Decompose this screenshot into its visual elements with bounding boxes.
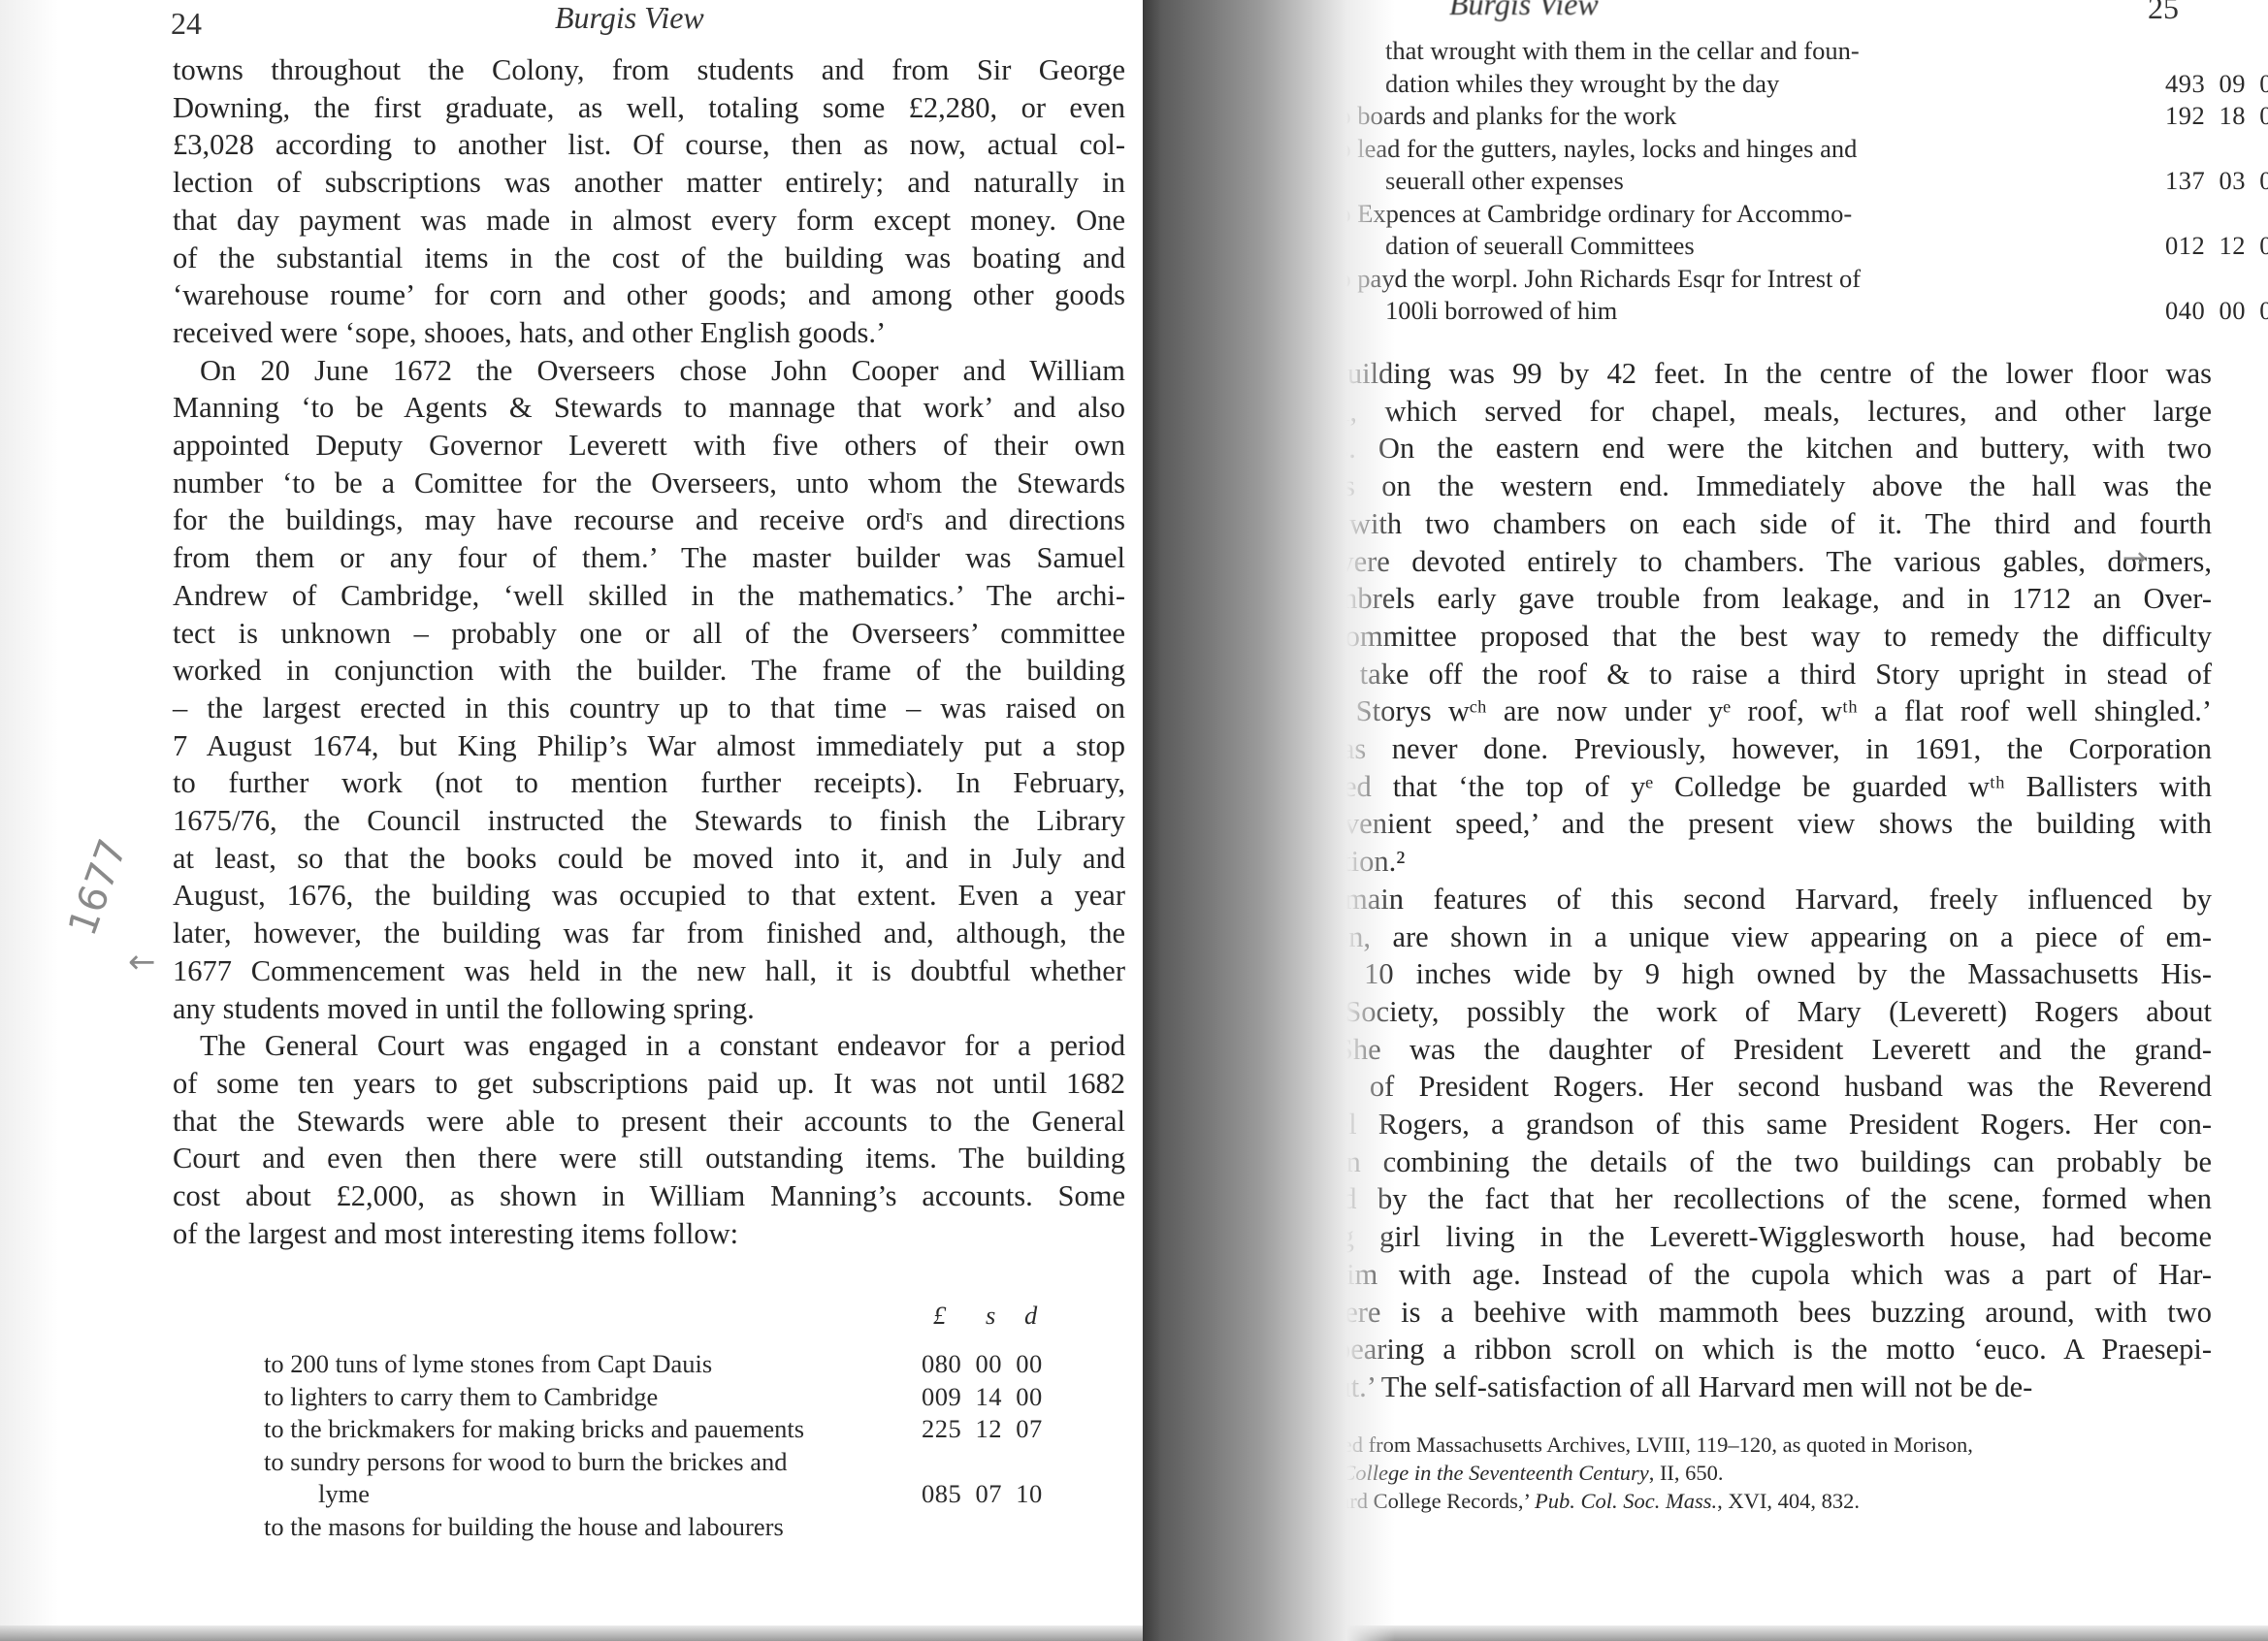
footnote: 2‘Harvard College Records,’ Pub. Col. So… xyxy=(1261,1487,2231,1515)
pencil-margin-note: 1677 xyxy=(60,833,136,941)
left-body-text: towns throughout the Colony, from studen… xyxy=(173,51,1125,1253)
text-line: 7 August 1674, but King Philip’s War alm… xyxy=(173,727,1125,765)
right-body-text: The building was 99 by 42 feet. In the c… xyxy=(1242,355,2212,1406)
text-line: tect is unknown – probably one or all of… xyxy=(173,615,1125,653)
text-line: The main features of this second Harvard… xyxy=(1242,881,2212,918)
account-amount: 225 12 07 xyxy=(922,1413,1043,1446)
page-number-right: 25 xyxy=(2148,0,2179,26)
text-line: to further work (not to mention further … xyxy=(173,764,1125,802)
account-description: to sundry persons for wood to burn the b… xyxy=(264,1447,787,1476)
account-description-continued: seuerall other expenses xyxy=(1331,165,1857,198)
text-line: Stoughton, are shown in a unique view ap… xyxy=(1242,918,2212,956)
text-line: any students moved in until the followin… xyxy=(173,990,1125,1028)
account-row: to Expences at Cambridge ordinary for Ac… xyxy=(1331,198,2268,263)
paragraph: The General Court was engaged in a const… xyxy=(173,1027,1125,1252)
text-line: number ‘to be a Comittee for the Oversee… xyxy=(173,465,1125,502)
text-line: at least, so that the books could be mov… xyxy=(173,840,1125,878)
text-line: later, however, the building was far fro… xyxy=(173,915,1125,952)
pencil-arrow-icon: ← xyxy=(128,943,156,981)
text-line: floors were devoted entirely to chambers… xyxy=(1242,543,2212,581)
account-amount: 192 18 00 xyxy=(2165,100,2268,133)
account-description-continued: dation of seuerall Committees xyxy=(1331,230,1852,263)
text-line: lection of subscriptions was another mat… xyxy=(173,164,1125,202)
account-description: to payd the worpl. John Richards Esqr fo… xyxy=(1331,263,1861,296)
account-amount: 085 07 10 xyxy=(922,1478,1043,1511)
text-line: cost about £2,000, as shown in William M… xyxy=(173,1177,1125,1215)
account-description: to 200 tuns of lyme stones from Capt Dau… xyxy=(264,1349,712,1378)
text-line: of the largest and most interesting item… xyxy=(173,1215,1125,1253)
text-line: Downing, the first graduate, as well, to… xyxy=(173,89,1125,127)
text-line: Andrew of Cambridge, ‘well skilled in th… xyxy=(173,577,1125,615)
text-line: broidery 10 inches wide by 9 high owned … xyxy=(1242,955,2212,993)
account-description-continued: 100li borrowed of him xyxy=(1331,295,1861,328)
footnote-citation: , II, 650. xyxy=(1649,1461,1724,1485)
running-head-right: Burgis View xyxy=(1449,0,1599,22)
text-line: £3,028 according to another list. Of cou… xyxy=(173,126,1125,164)
text-line: that the Stewards were able to present t… xyxy=(173,1103,1125,1141)
footnote-mark: 2 xyxy=(1282,1489,1289,1503)
text-line: Court and even then there were still out… xyxy=(173,1140,1125,1177)
account-description-continued: dation whiles they wrought by the day xyxy=(1331,68,1860,101)
text-line: Nathaniel Rogers, a grandson of this sam… xyxy=(1242,1106,2212,1143)
account-row: to lighters to carry them to Cambridge00… xyxy=(264,1381,1059,1414)
text-line: seers’ committee proposed that the best … xyxy=(1242,618,2212,656)
text-line: This was never done. Previously, however… xyxy=(1242,730,2212,768)
account-description: to boards and planks for the work xyxy=(1331,100,1676,133)
footnote: 1Selected from Massachusetts Archives, L… xyxy=(1261,1431,2231,1487)
paragraph: towns throughout the Colony, from studen… xyxy=(173,51,1125,352)
footnote-title: Pub. Col. Soc. Mass. xyxy=(1535,1489,1717,1513)
text-line: vard, there is a beehive with mammoth be… xyxy=(1242,1294,2212,1332)
account-row: to boards and planks for the work192 18 … xyxy=(1331,100,2268,133)
text-line: that day payment was made in almost ever… xyxy=(173,202,1125,240)
text-line: rather dim with age. Instead of the cupo… xyxy=(1242,1256,2212,1294)
text-line: and gambrels early gave trouble from lea… xyxy=(1242,580,2212,618)
text-line: ‘warehouse roume’ for corn and other goo… xyxy=(173,276,1125,314)
left-accounts-table: £sdto 200 tuns of lyme stones from Capt … xyxy=(264,1300,1059,1543)
text-line: of some ten years to get subscriptions p… xyxy=(173,1065,1125,1103)
text-line: – the largest erected in this country up… xyxy=(173,690,1125,727)
text-line: the hall, which served for chapel, meals… xyxy=(1242,393,2212,431)
account-description: to the brickmakers for making bricks and… xyxy=(264,1414,804,1443)
paragraph: The building was 99 by 42 feet. In the c… xyxy=(1242,355,2212,881)
text-line: 1677 Commencement was held in the new ha… xyxy=(173,952,1125,990)
text-line: explained by the fact that her recollect… xyxy=(1242,1180,2212,1218)
running-head-left: Burgis View xyxy=(555,0,704,36)
account-row: to 200 tuns of lyme stones from Capt Dau… xyxy=(264,1348,1059,1381)
accounts-header: £sd xyxy=(264,1300,1059,1348)
text-line: this addition.² xyxy=(1242,843,2212,881)
text-line: appointed Deputy Governor Leverett with … xyxy=(173,427,1125,465)
text-line: August, 1676, the building was occupied … xyxy=(173,877,1125,915)
text-line: 1675/76, the Council instructed the Stew… xyxy=(173,802,1125,840)
text-line: The General Court was engaged in a const… xyxy=(173,1027,1125,1065)
text-line: meetings. On the eastern end were the ki… xyxy=(1242,430,2212,467)
account-amount: 012 12 00 xyxy=(2165,230,2268,263)
text-line: a young girl living in the Leverett-Wigg… xyxy=(1242,1218,2212,1256)
page-edge-shadow xyxy=(0,0,58,1641)
account-row: that wrought with them in the cellar and… xyxy=(1331,35,2268,100)
account-amount: 493 09 01 xyxy=(2165,68,2268,101)
footnote-text: ‘Harvard College Records,’ xyxy=(1289,1489,1535,1513)
column-header: d xyxy=(1024,1300,1037,1333)
text-line: The building was 99 by 42 feet. In the c… xyxy=(1242,355,2212,393)
text-line: angels bearing a ribbon scroll on which … xyxy=(1242,1331,2212,1368)
left-page: 24 Burgis View towns throughout the Colo… xyxy=(0,0,1145,1641)
account-description: to lighters to carry them to Cambridge xyxy=(264,1382,658,1411)
account-amount: 009 14 00 xyxy=(922,1381,1043,1414)
right-accounts-table: that wrought with them in the cellar and… xyxy=(1331,35,2268,328)
footnote-text: Selected from Massachusetts Archives, LV… xyxy=(1289,1432,1973,1457)
text-line: received were ‘sope, shooes, hats, and o… xyxy=(173,314,1125,352)
paragraph: The main features of this second Harvard… xyxy=(1242,881,2212,1406)
account-description-continued: lyme xyxy=(264,1478,787,1511)
account-row: to the masons for building the house and… xyxy=(264,1511,1059,1544)
footnote-citation: , XVI, 404, 832. xyxy=(1717,1489,1860,1513)
text-line: Manning ‘to be Agents & Stewards to mann… xyxy=(173,389,1125,427)
pencil-arrow-icon: → xyxy=(2122,541,2147,575)
text-line: torical Society, possibly the work of Ma… xyxy=(1242,993,2212,1031)
column-header: £ xyxy=(933,1300,946,1333)
column-header: s xyxy=(986,1300,995,1333)
footnotes: 1Selected from Massachusetts Archives, L… xyxy=(1261,1431,2231,1515)
paragraph: On 20 June 1672 the Overseers chose John… xyxy=(173,352,1125,1028)
text-line: towns throughout the Colony, from studen… xyxy=(173,51,1125,89)
text-line: fusion in combining the details of the t… xyxy=(1242,1143,2212,1181)
text-line: library, with two chambers on each side … xyxy=(1242,505,2212,543)
text-line: On 20 June 1672 the Overseers chose John… xyxy=(173,352,1125,390)
account-amount: 080 00 00 xyxy=(922,1348,1043,1381)
footnote-title: Harvard College in the Seventeenth Centu… xyxy=(1261,1461,1649,1485)
text-line: from them or any four of them.’ The mast… xyxy=(173,539,1125,577)
text-line: of the substantial items in the cost of … xyxy=(173,240,1125,277)
account-description: to Expences at Cambridge ordinary for Ac… xyxy=(1331,198,1852,231)
footnote-mark: 1 xyxy=(1282,1432,1289,1447)
text-line: for the buildings, may have recourse and… xyxy=(173,501,1125,539)
text-line: daughter of President Rogers. Her second… xyxy=(1242,1068,2212,1106)
account-description: to the masons for building the house and… xyxy=(264,1512,784,1541)
account-row: to lead for the gutters, nayles, locks a… xyxy=(1331,133,2268,198)
account-amount: 040 00 00 1 xyxy=(2165,295,2268,328)
account-amount: 137 03 00 xyxy=(2165,165,2268,198)
scan-bottom-edge xyxy=(0,1625,2268,1641)
account-row: to payd the worpl. John Richards Esqr fo… xyxy=(1331,263,2268,328)
account-row: to the brickmakers for making bricks and… xyxy=(264,1413,1059,1446)
text-line: bus Reeut.’ The self-satisfaction of all… xyxy=(1242,1368,2212,1406)
account-description-continued: that wrought with them in the cellar and… xyxy=(1331,35,1860,68)
text-line: 1730. She was the daughter of President … xyxy=(1242,1031,2212,1069)
account-row: to sundry persons for wood to burn the b… xyxy=(264,1446,1059,1511)
text-line: worked in conjunction with the builder. … xyxy=(173,652,1125,690)
text-line: chambers on the western end. Immediately… xyxy=(1242,467,2212,505)
text-line: the two Storys wᶜʰ are now under yᵉ roof… xyxy=(1242,692,2212,730)
text-line: was ‘to take off the roof & to raise a t… xyxy=(1242,656,2212,693)
right-page: Burgis View 25 that wrought with them in… xyxy=(1145,0,2268,1641)
account-description: to lead for the gutters, nayles, locks a… xyxy=(1331,133,1857,166)
text-line: had voted that ‘the top of yᵉ Colledge b… xyxy=(1242,768,2212,806)
text-line: all Convenient speed,’ and the present v… xyxy=(1242,805,2212,843)
page-number-left: 24 xyxy=(171,6,202,42)
